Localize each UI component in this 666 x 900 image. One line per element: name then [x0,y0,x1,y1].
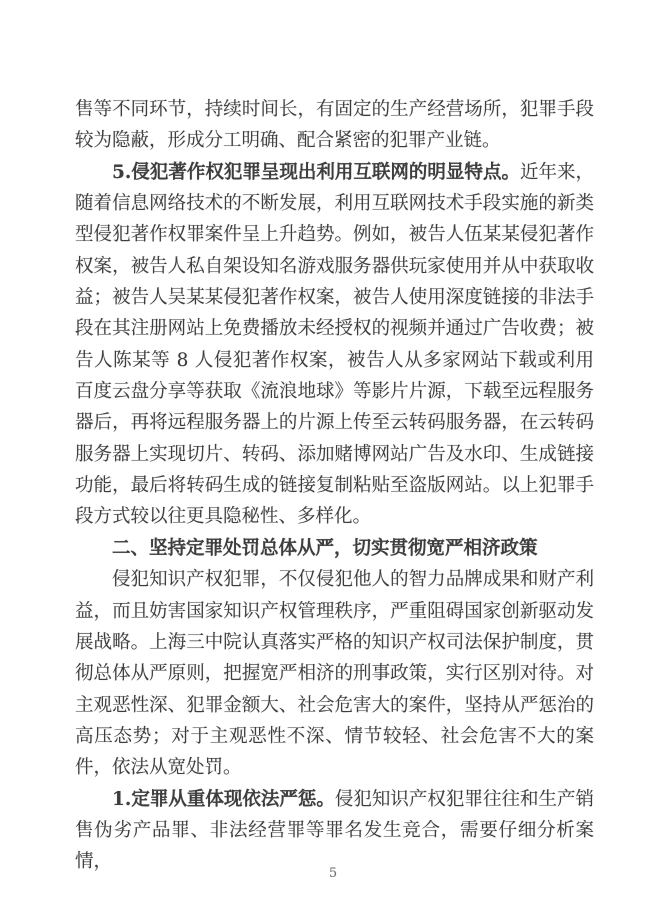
run-in-heading-point-5: 5.侵犯著作权犯罪呈现出利用互联网的明显特点。 [112,162,520,183]
page-number: 5 [0,866,666,881]
run-in-heading-point-1: 1.定罪从重体现依法严惩。 [112,789,335,810]
paragraph-text: 近年来，随着信息网络技术的不断发展，利用互联网技术手段实施的新类型侵犯著作权罪案… [75,162,594,528]
section-heading-2: 二、坚持定罪处罚总体从严，切实贯彻宽严相济政策 [75,533,594,564]
page-body-text: 售等不同环节，持续时间长，有固定的生产经营场所，犯罪手段较为隐蔽，形成分工明确、… [75,94,594,878]
document-page: 售等不同环节，持续时间长，有固定的生产经营场所，犯罪手段较为隐蔽，形成分工明确、… [0,0,666,900]
paragraph-point-5: 5.侵犯著作权犯罪呈现出利用互联网的明显特点。近年来，随着信息网络技术的不断发展… [75,157,594,533]
paragraph-text: 侵犯知识产权犯罪，不仅侵犯他人的智力品牌成果和财产利益，而且妨害国家知识产权管理… [75,569,594,778]
paragraph-text: 售等不同环节，持续时间长，有固定的生产经营场所，犯罪手段较为隐蔽，形成分工明确、… [75,99,594,151]
paragraph-section-2-intro: 侵犯知识产权犯罪，不仅侵犯他人的智力品牌成果和财产利益，而且妨害国家知识产权管理… [75,564,594,783]
paragraph-continuation: 售等不同环节，持续时间长，有固定的生产经营场所，犯罪手段较为隐蔽，形成分工明确、… [75,94,594,157]
paragraph-point-1: 1.定罪从重体现依法严惩。侵犯知识产权犯罪往往和生产销售伪劣产品罪、非法经营罪等… [75,784,594,878]
